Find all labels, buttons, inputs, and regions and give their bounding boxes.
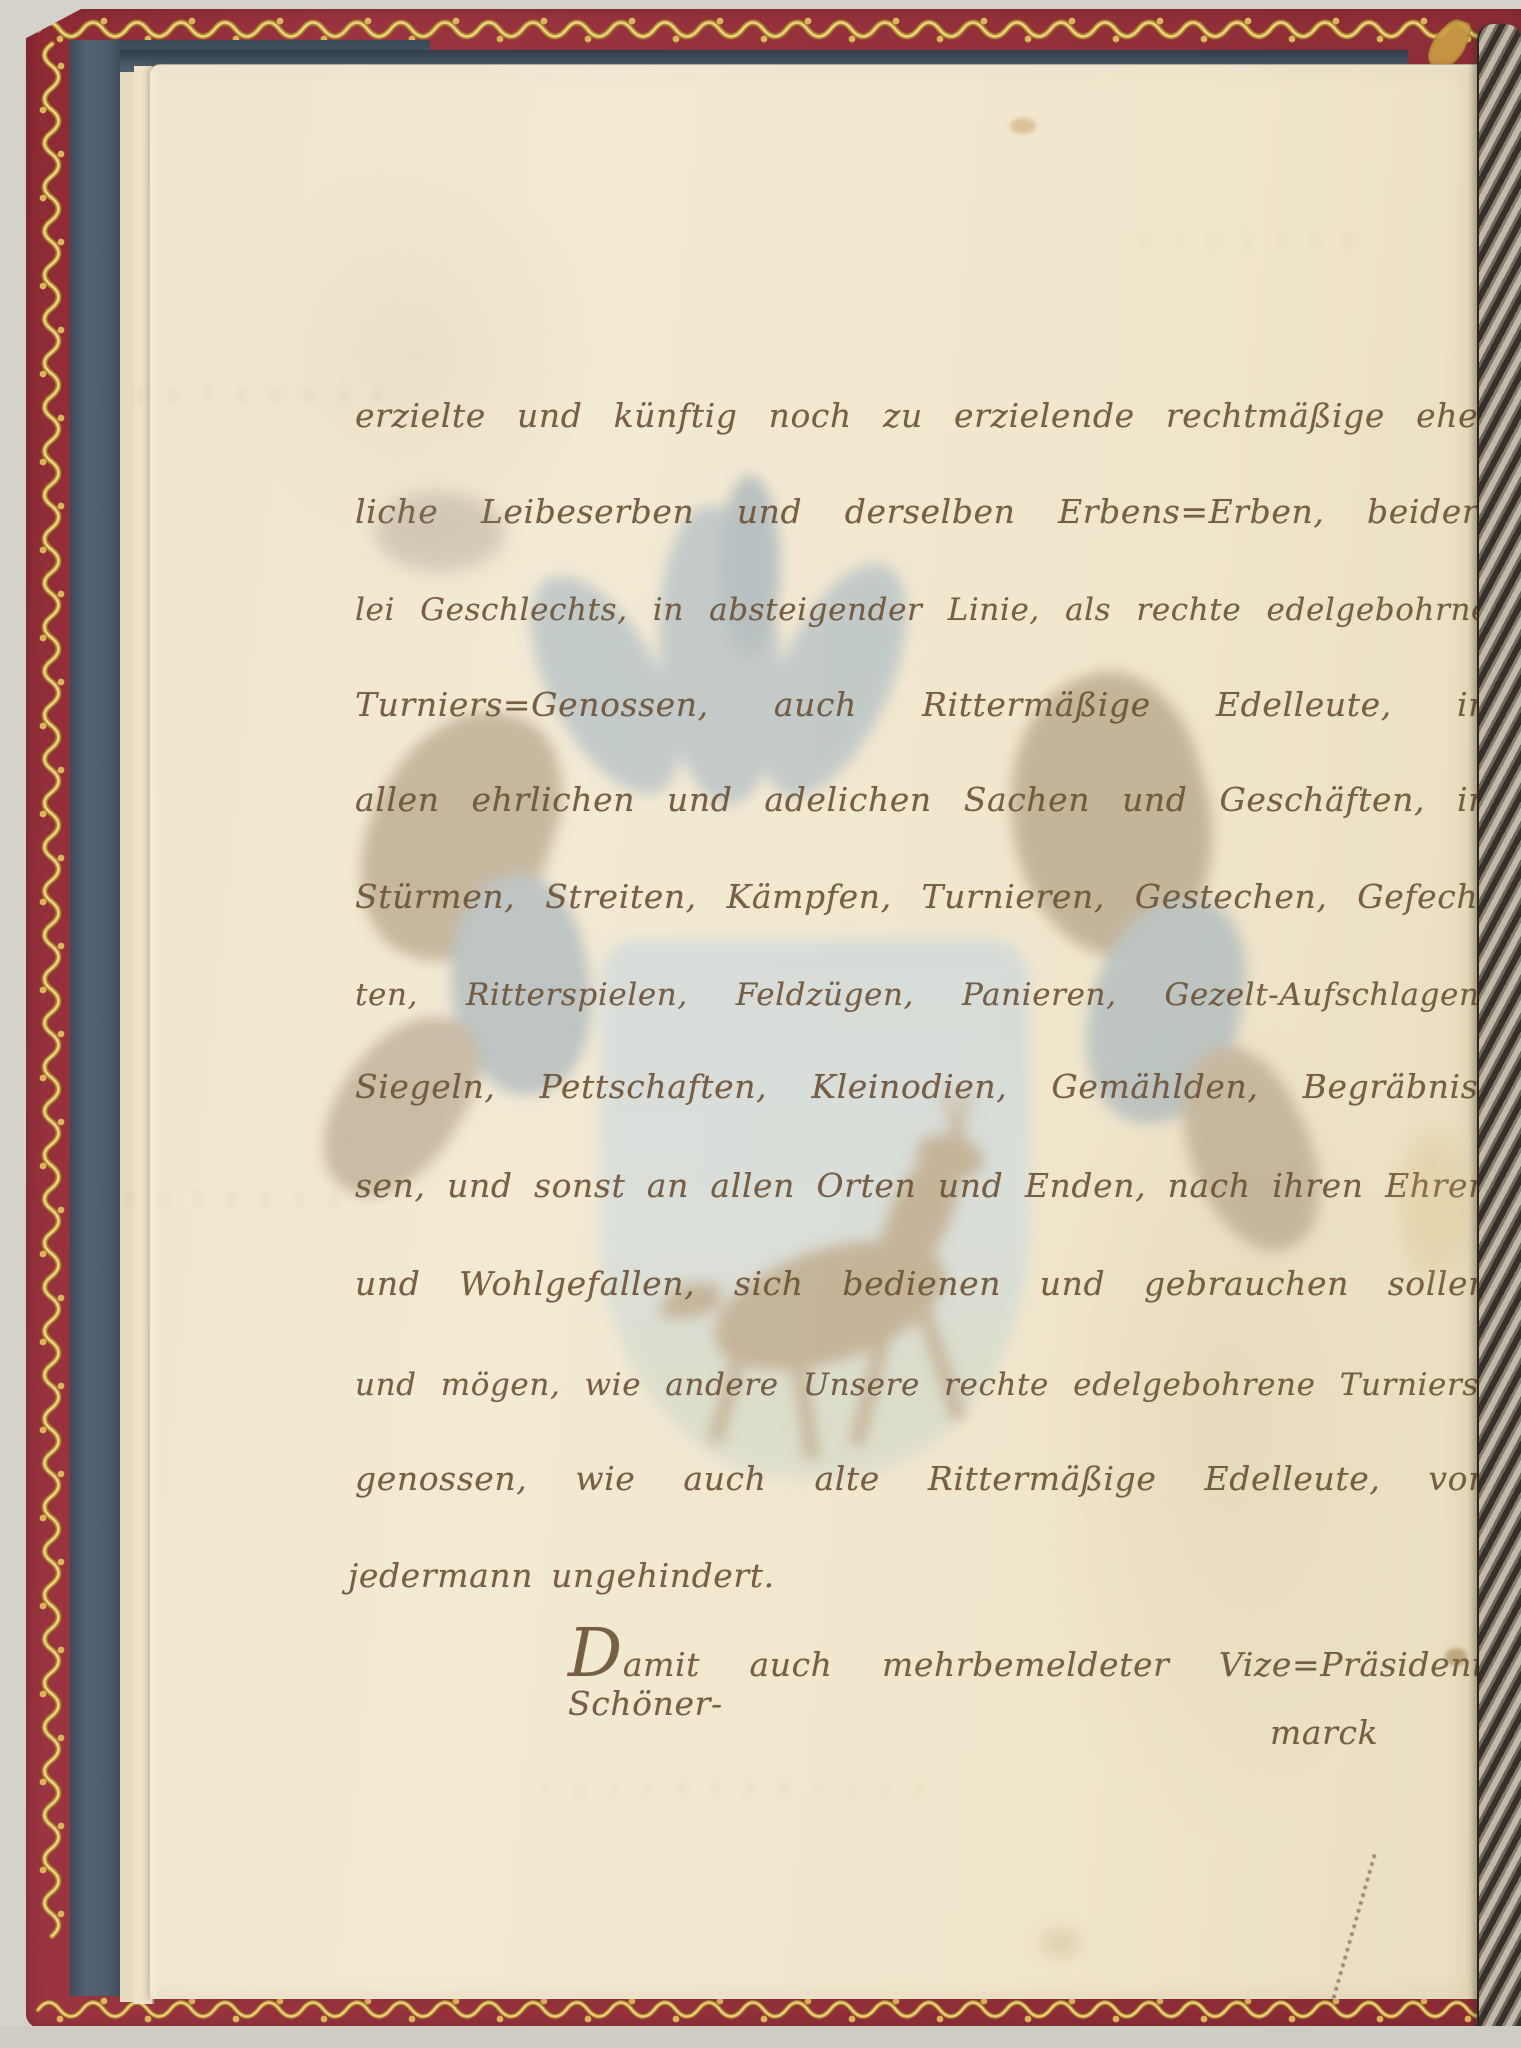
stain <box>1398 1130 1468 1280</box>
manuscript-line: liche Leibeserben und derselben Erbens=E… <box>355 492 1490 554</box>
text-showthrough <box>530 1781 950 1797</box>
manuscript-leaf: erzielte und künftig noch zu erzielende … <box>150 64 1480 1999</box>
blue-inner-border-left <box>70 40 120 1996</box>
manuscript-line: lei Geschlechts, in absteigender Linie, … <box>355 592 1490 654</box>
stain <box>1010 118 1036 134</box>
mantling-shape <box>1150 1029 1350 1270</box>
manuscript-line: Siegeln, Pettschaften, Kleinodien, Gemäh… <box>355 1067 1490 1129</box>
scanner-background <box>0 2026 1521 2048</box>
plume-shape <box>734 543 936 816</box>
stain <box>375 492 505 572</box>
manuscript-line: allen ehrlichen und adelichen Sachen und… <box>355 780 1490 842</box>
scanned-manuscript-page: erzielte und künftig noch zu erzielende … <box>0 0 1521 2048</box>
manuscript-line: und mögen, wie andere Unsere rechte edel… <box>355 1367 1490 1429</box>
manuscript-line: erzielte und künftig noch zu erzielende … <box>355 396 1490 458</box>
manuscript-line: Turniers=Genossen, auch Rittermäßige Ede… <box>355 685 1490 747</box>
stain <box>1445 1648 1467 1666</box>
bookmark-cord <box>1477 24 1521 2048</box>
manuscript-line: jedermann ungehindert. <box>348 1556 775 1618</box>
manuscript-line: sen, und sonst an allen Orten und Enden,… <box>355 1166 1490 1228</box>
text-showthrough <box>80 1191 360 1207</box>
manuscript-line: ten, Ritterspielen, Feldzügen, Panieren,… <box>355 977 1490 1039</box>
manuscript-line-continuation: marck <box>1270 1713 1378 1775</box>
manuscript-line: Stürmen, Streiten, Kämpfen, Turnieren, G… <box>355 877 1490 939</box>
gold-tooling-border-left <box>36 36 68 1996</box>
text-showthrough <box>1130 233 1360 249</box>
text-showthrough <box>90 387 390 403</box>
manuscript-line: Damit auch mehrbemeldeter Vize=Präsident… <box>568 1633 1486 1695</box>
manuscript-line: genossen, wie auch alte Rittermäßige Ede… <box>355 1459 1490 1521</box>
stain <box>1040 1930 1080 1956</box>
manuscript-line: und Wohlgefallen, sich bedienen und gebr… <box>355 1264 1490 1326</box>
